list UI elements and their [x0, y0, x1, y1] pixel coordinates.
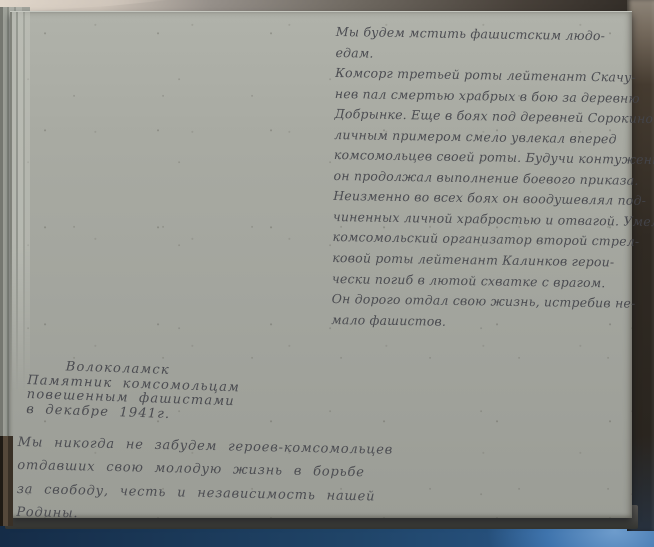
album-page: Мы будем мстить фашистским людо- едам. К…: [10, 11, 632, 518]
album-cover-left-edge: [0, 436, 13, 526]
memorial-caption: Волоколамск Памятник комсомольцам повеше…: [26, 359, 241, 425]
pledge-text: Мы никогда не забудем героев-комсомольце…: [16, 431, 393, 532]
handwritten-main-text: Мы будем мстить фашистским людо- едам. К…: [331, 22, 654, 336]
sheet-edges-overlay: [10, 12, 34, 392]
album-photo: Мы будем мстить фашистским людо- едам. К…: [0, 0, 654, 547]
